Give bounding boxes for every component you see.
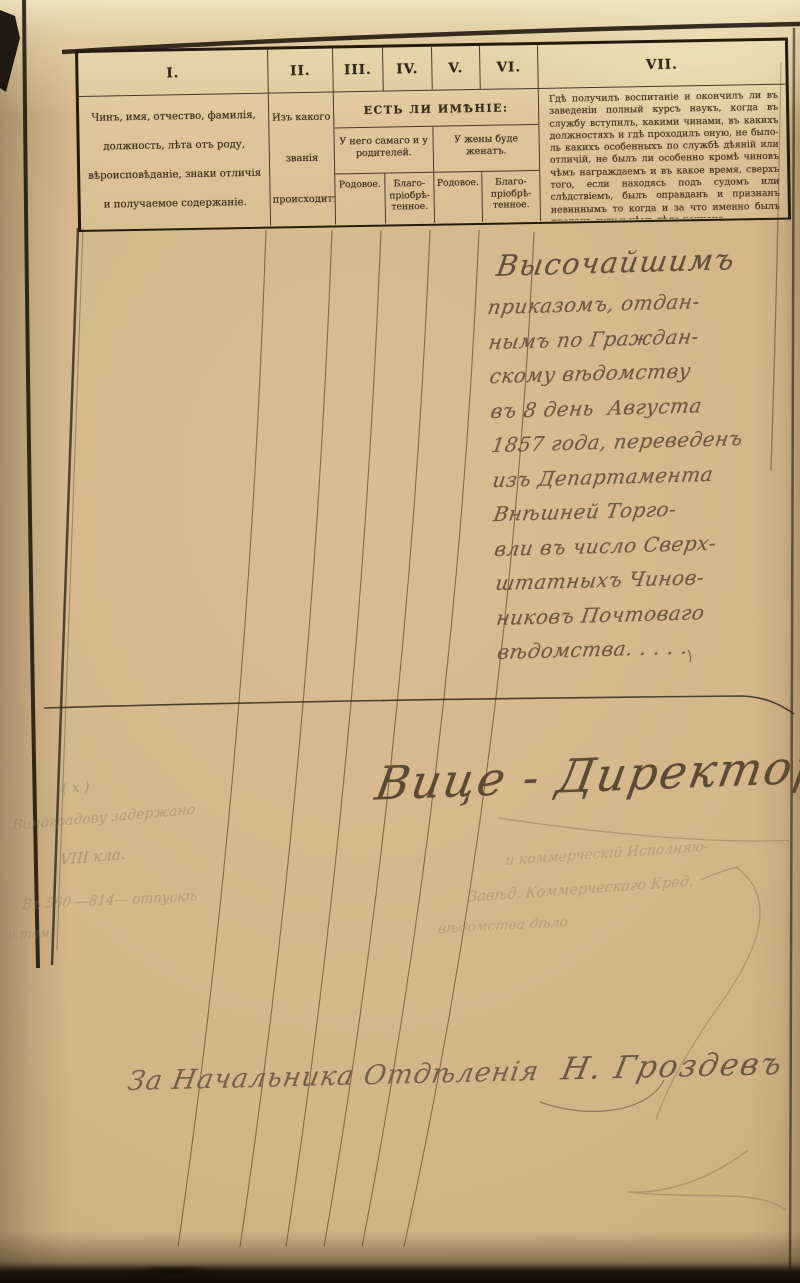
column-numeral-6: VI. [480,45,539,89]
column-numeral-4: IV. [383,47,433,91]
column7-header: Гдѣ получилъ воспитаніе и окончилъ ли въ… [539,85,788,221]
signature-name: Н. Гроздевъ [558,1046,787,1088]
corner-ink-mark [0,10,20,92]
scan-bottom-blotch [118,1265,228,1277]
column-numeral-5: V. [432,46,481,90]
formulary-table-header: I. II. III. IV. V. VI. VII. Чинъ, имя, о… [75,38,791,232]
scanned-document-page: I. II. III. IV. V. VI. VII. Чинъ, имя, о… [0,0,800,1283]
pencil-note-center-2: Завѣд. Коммерческаго Кред. [468,874,695,906]
numeral-label: VII. [646,56,678,73]
column-rule-5 [362,230,479,1247]
column-numeral-2: II. [268,48,334,92]
column7-handwritten-entry: Высочайшимъ приказомъ, отдан- нымъ по Гр… [486,234,790,669]
estate-group-header: ЕСТЬ ЛИ ИМѢНІЕ: У него самаго и у родите… [334,89,541,225]
estate-cells-row: Родовое. Благо-пріобрѣ-тенное. Родовое. … [335,171,540,225]
column-rule-4 [324,230,430,1247]
column-rule-3 [286,230,381,1247]
pencil-note-center-1: и коммерческій Исполняю- [505,839,710,869]
pencil-note-left-2: VIII кла. [60,845,126,869]
scan-bottom-shadow [0,1265,800,1283]
entry-line: вѣдомства. . . . . [495,627,792,670]
pencil-note-left-3: Въ 560 —814— отпускѣ [21,888,197,913]
column1-header: Чинъ, имя, отчество, фамилія, должность,… [79,94,271,229]
pencil-note-left-4: и там. [7,925,54,942]
column2-header: Изъ какого званія происходитъ. [269,92,336,225]
vice-director-handwriting: Вице - Директоръ [371,739,800,810]
numeral-label: I. [166,65,179,81]
estate-cell-blago-2: Благо-пріобрѣ-тенное. [482,171,540,222]
row-divider-line [44,696,794,714]
numeral-label: VI. [496,59,521,75]
header-row: Чинъ, имя, отчество, фамилія, должность,… [79,85,788,229]
pencil-note-left-1: Виноградову задержано [12,802,196,834]
estate-banner: ЕСТЬ ЛИ ИМѢНІЕ: [334,89,539,129]
estate-own-parents-header: У него самаго и у родителей. [334,127,434,174]
estate-wife-header: У жены буде женатъ. [433,125,539,172]
estate-subheader-row: У него самаго и у родителей. У жены буде… [334,125,539,175]
estate-cell-rodovoe-1: Родовое. [335,174,386,225]
signature-line: За Начальника Отдѣленія Н. Гроздевъ [128,1046,789,1098]
pencil-strike-line [498,818,795,841]
numeral-label: III. [344,61,372,77]
numeral-label: V. [448,60,463,76]
signature-title: За Начальника Отдѣленія [126,1056,542,1097]
table-left-border-echo [57,228,83,950]
pencil-checkmark-flourish [628,1150,786,1210]
estate-cell-rodovoe-2: Родовое. [434,172,483,223]
entry-line: Высочайшимъ [483,234,782,290]
numeral-label: II. [290,62,311,78]
pencil-note-x-mark: ( х ) [61,779,90,797]
numeral-label: IV. [396,61,418,77]
pencil-note-center-3: вѣдомства дѣло [437,915,569,938]
column-numeral-3: III. [333,48,384,92]
column-numeral-7: VII. [538,41,786,88]
column-numeral-1: I. [78,50,269,96]
estate-cell-blago-1: Благо-пріобрѣ-тенное. [385,173,435,224]
